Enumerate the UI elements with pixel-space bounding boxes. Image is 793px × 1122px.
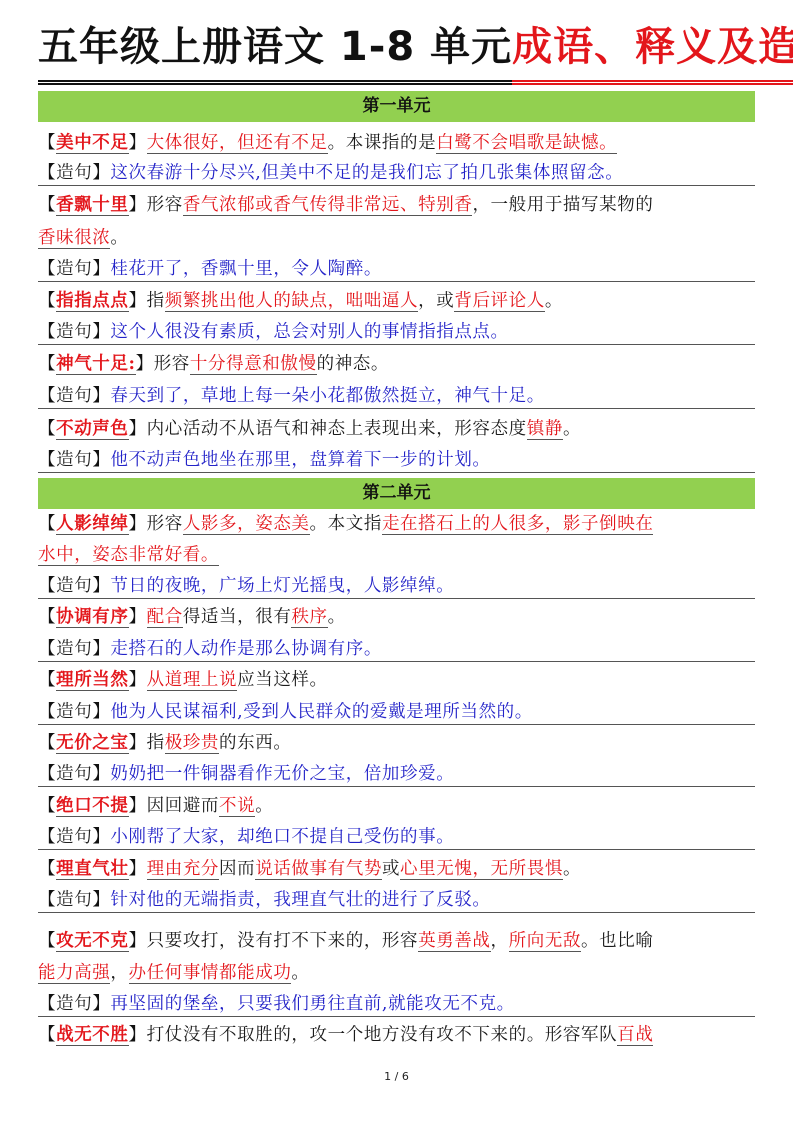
document-title: 五年级上册语文 1-8 单元成语、释义及造句 xyxy=(38,14,755,86)
bracket-open: 【 xyxy=(38,702,56,722)
bracket-open: 【 xyxy=(38,670,56,690)
bracket-open: 【 xyxy=(38,322,56,342)
example-sentence: 【造句】他不动声色地坐在那里，盘算着下一步的计划。 xyxy=(38,448,755,473)
idiom-entry: 【神气十足:】形容十分得意和傲慢的神态。 xyxy=(38,352,758,376)
bracket-open: 【 xyxy=(38,163,56,183)
bracket-close: 】 xyxy=(92,576,110,596)
unit-header-2: 第二单元 xyxy=(38,478,755,509)
sentence-text: 这次春游十分尽兴,但美中不足的是我们忘了拍几张集体照留念。 xyxy=(110,163,623,183)
sentence-text: 走搭石的人动作是那么协调有序。 xyxy=(110,639,382,659)
bracket-open: 【 xyxy=(38,931,56,951)
bracket-close: 】 xyxy=(129,796,147,816)
definition: 办任何事情都能成功 xyxy=(129,963,292,984)
note: 。本课指的是 xyxy=(328,133,437,153)
bracket-open: 【 xyxy=(38,195,56,215)
example-label: 造句 xyxy=(56,639,92,659)
definition: 心里无愧，无所畏惧 xyxy=(400,859,563,880)
example-label: 造句 xyxy=(56,163,92,183)
definition: 走在搭石上的人很多，影子倒映在 xyxy=(382,514,654,535)
example-sentence: 【造句】这个人很没有素质，总会对别人的事情指指点点。 xyxy=(38,320,755,345)
example-sentence: 【造句】春天到了，草地上每一朵小花都傲然挺立，神气十足。 xyxy=(38,384,755,409)
idiom-entry: 【攻无不克】只要攻打，没有打不下来的，形容英勇善战，所向无敌。也比喻 xyxy=(38,929,758,953)
idiom-term: 绝口不提 xyxy=(56,796,128,817)
definition: 背后评论人 xyxy=(454,291,545,312)
note: 得适当，很有 xyxy=(183,607,292,627)
bracket-open: 【 xyxy=(38,1025,56,1045)
note: 。 xyxy=(255,796,273,816)
note: 形容 xyxy=(147,514,183,534)
example-label: 造句 xyxy=(56,702,92,722)
note: 指 xyxy=(147,291,165,311)
example-label: 造句 xyxy=(56,827,92,847)
note: 。 xyxy=(545,291,563,311)
definition: 从道理上说 xyxy=(147,670,238,691)
example-sentence: 【造句】桂花开了，香飘十里，令人陶醉。 xyxy=(38,257,755,282)
example-sentence: 【造句】奶奶把一件铜器看作无价之宝，倍加珍爱。 xyxy=(38,762,755,787)
idiom-entry: 【无价之宝】指极珍贵的东西。 xyxy=(38,731,758,755)
sentence-text: 他不动声色地坐在那里，盘算着下一步的计划。 xyxy=(110,450,490,470)
example-label: 造句 xyxy=(56,386,92,406)
example-sentence: 【造句】小刚帮了大家，却绝口不提自己受伤的事。 xyxy=(38,825,755,850)
sentence-text: 奶奶把一件铜器看作无价之宝，倍加珍爱。 xyxy=(110,764,454,784)
idiom-term: 理直气壮 xyxy=(56,859,128,880)
note: 。本文指 xyxy=(310,514,382,534)
definition: 十分得意和傲慢 xyxy=(190,354,317,375)
idiom-entry: 【美中不足】大体很好，但还有不足。本课指的是白鹭不会唱歌是缺憾。 xyxy=(38,131,758,155)
note: 。 xyxy=(563,419,581,439)
bracket-close: 】 xyxy=(92,163,110,183)
idiom-entry: 【理所当然】从道理上说应当这样。 xyxy=(38,668,758,692)
bracket-close: 】 xyxy=(129,291,147,311)
bracket-close: 】 xyxy=(129,419,147,439)
idiom-term: 人影绰绰 xyxy=(56,514,128,535)
bracket-open: 【 xyxy=(38,133,56,153)
definition: 理由充分 xyxy=(147,859,219,880)
example-label: 造句 xyxy=(56,576,92,596)
note: 。 xyxy=(110,228,128,248)
bracket-open: 【 xyxy=(38,994,56,1014)
sentence-text: 针对他的无端指责，我理直气壮的进行了反驳。 xyxy=(110,890,490,910)
note: 的神态。 xyxy=(317,354,389,374)
idiom-term: 美中不足 xyxy=(56,133,128,154)
sentence-text: 节日的夜晚，广场上灯光摇曳，人影绰绰。 xyxy=(110,576,454,596)
definition: 英勇善战 xyxy=(418,931,490,952)
idiom-entry: 【指指点点】指频繁挑出他人的缺点，咄咄逼人，或背后评论人。 xyxy=(38,289,758,313)
note: 。 xyxy=(328,607,346,627)
bracket-close: 】 xyxy=(92,994,110,1014)
idiom-term: 协调有序 xyxy=(56,607,128,628)
definition: 极珍贵 xyxy=(165,733,219,754)
example-sentence: 【造句】走搭石的人动作是那么协调有序。 xyxy=(38,637,755,662)
sentence-text: 小刚帮了大家，却绝口不提自己受伤的事。 xyxy=(110,827,454,847)
note: 因而 xyxy=(219,859,255,879)
note: 应当这样。 xyxy=(237,670,328,690)
bracket-close: 】 xyxy=(92,890,110,910)
note: 的东西。 xyxy=(219,733,291,753)
idiom-entry-continued: 香味很浓。 xyxy=(38,226,758,250)
sentence-text: 再坚固的堡垒，只要我们勇往直前,就能攻无不克。 xyxy=(110,994,514,1014)
note: 只要攻打，没有打不下来的，形容 xyxy=(147,931,419,951)
idiom-term: 香飘十里 xyxy=(56,195,128,216)
idiom-term: 无价之宝 xyxy=(56,733,128,754)
idiom-term: 理所当然 xyxy=(56,670,128,691)
idiom-entry: 【绝口不提】因回避而不说。 xyxy=(38,794,758,818)
bracket-close: 】 xyxy=(92,764,110,784)
idiom-entry-continued: 水中，姿态非常好看。 xyxy=(38,543,758,567)
bracket-close: 】 xyxy=(129,1025,147,1045)
note: 。 xyxy=(563,859,581,879)
page-indicator: 1 / 6 xyxy=(0,1070,793,1083)
idiom-term: 战无不胜 xyxy=(56,1025,128,1046)
idiom-entry: 【协调有序】配合得适当，很有秩序。 xyxy=(38,605,758,629)
sentence-text: 他为人民谋福利,受到人民群众的爱戴是理所当然的。 xyxy=(110,702,532,722)
example-sentence: 【造句】节日的夜晚，广场上灯光摇曳，人影绰绰。 xyxy=(38,574,755,599)
bracket-close: 】 xyxy=(92,386,110,406)
idiom-entry: 【香飘十里】形容香气浓郁或香气传得非常远、特别香，一般用于描写某物的 xyxy=(38,193,758,217)
example-sentence: 【造句】再坚固的堡垒，只要我们勇往直前,就能攻无不克。 xyxy=(38,992,755,1017)
title-red-part: 成语、释义及造句 xyxy=(512,14,793,85)
bracket-open: 【 xyxy=(38,764,56,784)
sentence-text: 桂花开了，香飘十里，令人陶醉。 xyxy=(110,259,382,279)
bracket-open: 【 xyxy=(38,607,56,627)
bracket-close: 】 xyxy=(92,827,110,847)
note: 或 xyxy=(382,859,400,879)
bracket-close: 】 xyxy=(92,450,110,470)
bracket-close: 】 xyxy=(92,259,110,279)
note: 因回避而 xyxy=(147,796,219,816)
idiom-term: 指指点点 xyxy=(56,291,128,312)
note: ，一般用于描写某物的 xyxy=(472,195,653,215)
bracket-open: 【 xyxy=(38,859,56,879)
note: ， xyxy=(110,963,128,983)
example-label: 造句 xyxy=(56,994,92,1014)
bracket-open: 【 xyxy=(38,827,56,847)
definition: 白鹭不会唱歌是缺憾。 xyxy=(436,133,617,154)
note: ，或 xyxy=(418,291,454,311)
bracket-open: 【 xyxy=(38,354,56,374)
bracket-close: 】 xyxy=(92,322,110,342)
definition: 秩序 xyxy=(291,607,327,628)
idiom-entry: 【战无不胜】打仗没有不取胜的，攻一个地方没有攻不下来的。形容军队百战 xyxy=(38,1023,758,1047)
bracket-open: 【 xyxy=(38,291,56,311)
note: ， xyxy=(491,931,509,951)
bracket-open: 【 xyxy=(38,419,56,439)
example-label: 造句 xyxy=(56,890,92,910)
bracket-open: 【 xyxy=(38,890,56,910)
idiom-term: 神气十足: xyxy=(56,354,135,375)
note: 形容 xyxy=(147,195,183,215)
title-black-part: 五年级上册语文 1-8 单元 xyxy=(38,14,512,85)
bracket-close: 】 xyxy=(129,931,147,951)
bracket-close: 】 xyxy=(129,733,147,753)
definition: 水中，姿态非常好看。 xyxy=(38,545,219,566)
bracket-close: 】 xyxy=(129,607,147,627)
definition: 人影多，姿态美 xyxy=(183,514,310,535)
bracket-close: 】 xyxy=(92,702,110,722)
bracket-close: 】 xyxy=(129,195,147,215)
bracket-close: 】 xyxy=(129,670,147,690)
note: 内心活动不从语气和神态上表现出来，形容态度 xyxy=(147,419,527,439)
bracket-close: 】 xyxy=(129,133,147,153)
idiom-entry: 【理直气壮】理由充分因而说话做事有气势或心里无愧，无所畏惧。 xyxy=(38,857,758,881)
definition: 不说 xyxy=(219,796,255,817)
bracket-open: 【 xyxy=(38,386,56,406)
definition: 香气浓郁或香气传得非常远、特别香 xyxy=(183,195,473,216)
bracket-close: 】 xyxy=(92,639,110,659)
note: 。 xyxy=(291,963,309,983)
example-label: 造句 xyxy=(56,259,92,279)
definition: 镇静 xyxy=(527,419,563,440)
bracket-open: 【 xyxy=(38,450,56,470)
example-sentence: 【造句】针对他的无端指责，我理直气壮的进行了反驳。 xyxy=(38,888,755,913)
note: 。也比喻 xyxy=(581,931,653,951)
bracket-open: 【 xyxy=(38,796,56,816)
idiom-entry: 【人影绰绰】形容人影多，姿态美。本文指走在搭石上的人很多，影子倒映在 xyxy=(38,512,758,536)
note: 形容 xyxy=(154,354,190,374)
example-label: 造句 xyxy=(56,322,92,342)
definition: 配合 xyxy=(147,607,183,628)
sentence-text: 春天到了，草地上每一朵小花都傲然挺立，神气十足。 xyxy=(110,386,544,406)
unit-header-1: 第一单元 xyxy=(38,91,755,122)
bracket-close: 】 xyxy=(136,354,154,374)
bracket-open: 【 xyxy=(38,639,56,659)
bracket-close: 】 xyxy=(129,859,147,879)
bracket-close: 】 xyxy=(129,514,147,534)
idiom-entry: 【不动声色】内心活动不从语气和神态上表现出来，形容态度镇静。 xyxy=(38,417,758,441)
bracket-open: 【 xyxy=(38,259,56,279)
example-label: 造句 xyxy=(56,450,92,470)
note: 指 xyxy=(147,733,165,753)
definition: 说话做事有气势 xyxy=(255,859,382,880)
definition: 香味很浓 xyxy=(38,228,110,249)
example-sentence: 【造句】这次春游十分尽兴,但美中不足的是我们忘了拍几张集体照留念。 xyxy=(38,161,755,186)
definition: 大体很好，但还有不足 xyxy=(147,133,328,154)
example-label: 造句 xyxy=(56,764,92,784)
note: 打仗没有不取胜的，攻一个地方没有攻不下来的。形容军队 xyxy=(147,1025,618,1045)
definition: 能力高强 xyxy=(38,963,110,984)
sentence-text: 这个人很没有素质，总会对别人的事情指指点点。 xyxy=(110,322,508,342)
bracket-open: 【 xyxy=(38,733,56,753)
definition: 百战 xyxy=(617,1025,653,1046)
idiom-term: 攻无不克 xyxy=(56,931,128,952)
definition: 所向无敌 xyxy=(509,931,581,952)
idiom-term: 不动声色 xyxy=(56,419,128,440)
example-sentence: 【造句】他为人民谋福利,受到人民群众的爱戴是理所当然的。 xyxy=(38,700,755,725)
bracket-open: 【 xyxy=(38,514,56,534)
definition: 频繁挑出他人的缺点，咄咄逼人 xyxy=(165,291,418,312)
bracket-open: 【 xyxy=(38,576,56,596)
idiom-entry-continued: 能力高强，办任何事情都能成功。 xyxy=(38,961,758,985)
